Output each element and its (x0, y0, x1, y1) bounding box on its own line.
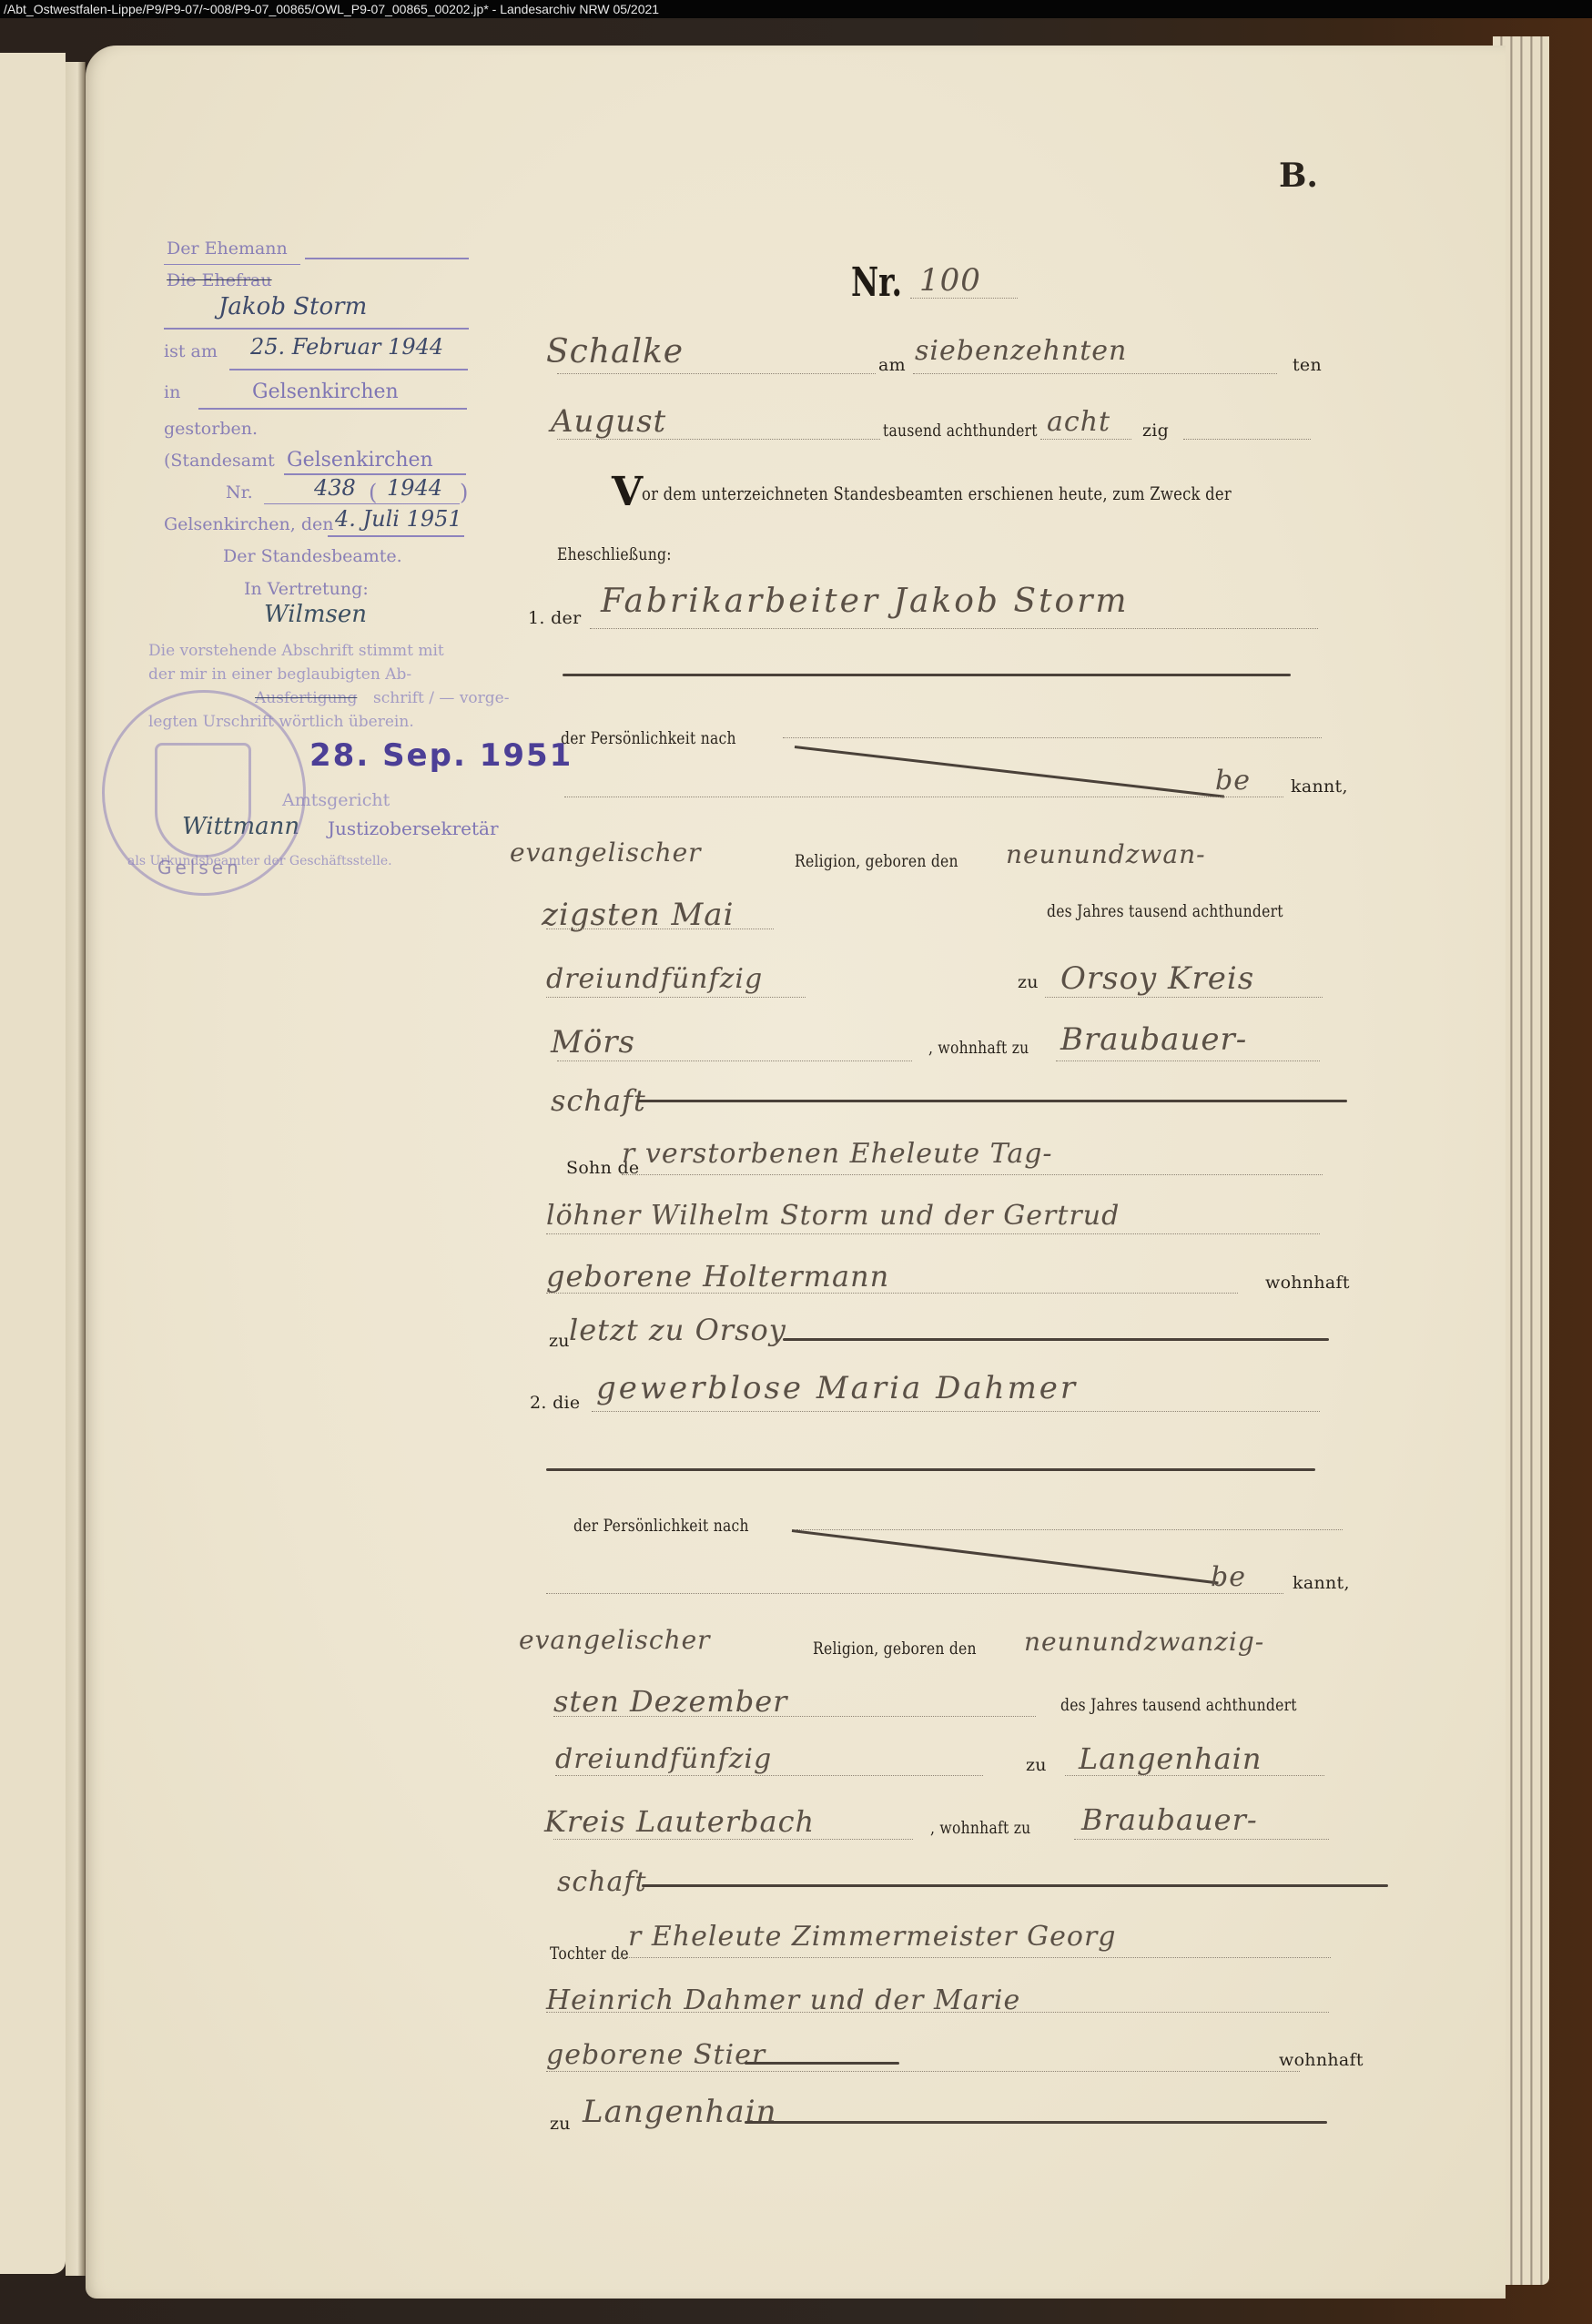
intro-text: or dem unterzeichneten Standesbeamten er… (642, 482, 1232, 504)
line (913, 373, 1277, 374)
line (1065, 1775, 1324, 1776)
bride-birth-day: neunundzwanzig- (1024, 1627, 1264, 1657)
fill-stroke (563, 674, 1291, 676)
line (1056, 1061, 1320, 1061)
book-gutter (66, 62, 86, 2276)
coat-of-arms-icon (155, 743, 251, 858)
line (557, 439, 880, 440)
line (1183, 439, 1311, 440)
paren-open-icon: ( (369, 480, 377, 505)
line (1045, 997, 1323, 998)
cert-line-2: der mir in einer beglaubigten Ab- (148, 665, 411, 684)
bride-birth-year-label: des Jahres tausend achthundert (1060, 1695, 1297, 1715)
line (1040, 439, 1131, 440)
line (553, 1839, 913, 1840)
annotation-deputy-signature: Wilmsen (264, 601, 367, 628)
groom-birth-year-label: des Jahres tausend achthundert (1047, 901, 1283, 921)
bride-residence-2: schaft (557, 1866, 647, 1898)
groom-residence: Braubauer- (1060, 1021, 1247, 1058)
line (546, 1233, 1320, 1234)
fill-stroke (642, 1884, 1388, 1887)
seal-text: Gelsen (157, 857, 242, 878)
line (546, 1593, 1283, 1594)
bride-parents-zu-label: zu (550, 2114, 571, 2134)
record-number-label: Nr. (851, 259, 902, 306)
fill-stroke (745, 2062, 899, 2065)
bride-religion-label: Religion, geboren den (813, 1639, 977, 1659)
annotation-nr: 438 (314, 475, 356, 501)
annotation-place: Gelsenkirchen (252, 381, 399, 403)
cert-line-3-struck: Ausfertigung (255, 689, 357, 707)
bride-religion: evangelischer (519, 1625, 711, 1655)
groom-birth-place: Orsoy Kreis (1060, 960, 1254, 997)
fill-stroke (745, 2121, 1327, 2124)
zig-label: zig (1142, 421, 1169, 441)
line (612, 1957, 1331, 1958)
groom-known-label: kannt, (1291, 776, 1348, 797)
ten-label: ten (1293, 355, 1322, 375)
am-label: am (878, 355, 906, 375)
groom-known-prefix: be (1215, 765, 1251, 797)
annotation-date-label: ist am (164, 341, 218, 361)
intro-text-2: Eheschließung: (557, 544, 672, 564)
stamp-line (198, 408, 467, 410)
line (590, 628, 1318, 629)
bride-parents-residence: Langenhain (583, 2094, 776, 2130)
groom-index: 1. der (528, 608, 581, 628)
bride-zu-label: zu (1026, 1755, 1047, 1775)
groom-parents-residence: letzt zu Orsoy (569, 1313, 786, 1347)
stamp-line (164, 328, 469, 330)
groom-parents-3: geborene Holtermann (546, 1259, 889, 1294)
groom-parents-2: löhner Wilhelm Storm und der Gertrud (546, 1200, 1120, 1232)
stamp-line (305, 258, 469, 259)
line (555, 1775, 983, 1776)
bride-parents-residence-label: wohnhaft (1279, 2050, 1364, 2070)
month-value: August (551, 403, 666, 440)
groom-birth-place-2: Mörs (551, 1024, 635, 1061)
fill-stroke (546, 1468, 1315, 1471)
annotation-date: 25. Februar 1944 (250, 334, 443, 360)
groom-parents-zu-label: zu (549, 1331, 570, 1351)
bride-known-label: kannt, (1293, 1573, 1350, 1593)
certification-date-stamp: 28. Sep. 1951 (309, 737, 573, 774)
line (546, 997, 806, 998)
bride-birth-place-2: Kreis Lauterbach (544, 1804, 815, 1839)
line (553, 1716, 1036, 1717)
bride-parents-3: geborene Stier (546, 2039, 766, 2071)
line (557, 1061, 912, 1061)
number-underline (910, 298, 1018, 299)
groom-religion-label: Religion, geboren den (795, 851, 958, 871)
stamp-line (328, 535, 464, 537)
fill-stroke (783, 1338, 1329, 1341)
groom-residence-label: , wohnhaft zu (928, 1038, 1029, 1058)
bride-known-prefix: be (1211, 1561, 1246, 1593)
line (546, 1293, 1238, 1294)
stamp-line (164, 264, 300, 265)
line (592, 1411, 1320, 1412)
section-letter: B. (1279, 157, 1318, 195)
line (783, 737, 1322, 738)
groom-birth-day: neunundzwan- (1006, 839, 1206, 869)
bride-identity-label: der Persönlichkeit nach (573, 1516, 749, 1536)
paren-close-icon: ) (460, 480, 468, 505)
day-value: siebenzehnten (915, 335, 1127, 367)
line (1074, 1839, 1329, 1840)
annotation-issued-date: 4. Juli 1951 (335, 506, 462, 532)
window-title: /Abt_Ostwestfalen-Lippe/P9/P9-07/~008/P9… (4, 2, 659, 16)
groom-identity-label: der Persönlichkeit nach (561, 728, 736, 748)
line (546, 2071, 1300, 2072)
bride-residence: Braubauer- (1081, 1802, 1258, 1837)
annotation-nr-year: 1944 (387, 475, 442, 501)
groom-parents: r verstorbenen Eheleute Tag- (622, 1138, 1053, 1170)
annotation-issued-label: Gelsenkirchen, den (164, 514, 333, 534)
record-number-value: 100 (919, 262, 981, 299)
groom-parents-residence-label: wohnhaft (1265, 1273, 1350, 1293)
groom-occupation-name: Fabrikarbeiter Jakob Storm (601, 583, 1130, 620)
decade-value: acht (1047, 406, 1110, 438)
cert-line-3: schrift / — vorge- (373, 689, 509, 707)
groom-birth-day-2: zigsten Mai (542, 897, 734, 933)
stamp-line (229, 369, 468, 370)
line (796, 1529, 1343, 1530)
annotation-wife-struck: Die Ehefrau (167, 270, 272, 290)
annotation-husband-label: Der Ehemann (167, 238, 288, 259)
groom-birth-year: dreiundfünfzig (546, 963, 763, 995)
line (564, 797, 1283, 797)
bride-residence-label: , wohnhaft zu (930, 1818, 1030, 1838)
bride-parents-label: Tochter de (550, 1943, 629, 1964)
bride-birth-day-2: sten Dezember (553, 1684, 787, 1719)
line (546, 2012, 1329, 2013)
line (622, 1174, 1323, 1175)
annotation-name: Jakob Storm (218, 293, 367, 320)
annotation-nr-label: Nr. (226, 482, 253, 502)
bride-occupation-name: gewerblose Maria Dahmer (596, 1370, 1078, 1406)
cert-title-label: Justizobersekretär (328, 817, 499, 839)
bride-parents: r Eheleute Zimmermeister Georg (628, 1921, 1117, 1953)
line (557, 373, 876, 374)
annotation-official-label: Der Standesbeamte. (223, 546, 402, 566)
annotation-died-label: gestorben. (164, 419, 258, 439)
cert-line-1: Die vorstehende Abschrift stimmt mit (148, 642, 444, 660)
annotation-office: Gelsenkirchen (287, 449, 433, 472)
groom-religion: evangelischer (510, 837, 702, 868)
court-seal: Gelsen (102, 690, 306, 896)
drop-cap: V (612, 469, 643, 515)
registry-place: Schalke (546, 333, 684, 370)
previous-page-edge (0, 53, 66, 2274)
year-label: tausend achthundert (883, 421, 1038, 441)
stamp-line (264, 503, 460, 504)
annotation-deputy-label: In Vertretung: (244, 579, 369, 599)
line (546, 929, 774, 929)
bride-birth-year: dreiundfünfzig (555, 1743, 772, 1775)
groom-residence-2: schaft (551, 1083, 646, 1118)
fill-stroke (637, 1100, 1347, 1102)
bride-birth-place: Langenhain (1079, 1741, 1262, 1776)
bride-index: 2. die (530, 1393, 580, 1413)
groom-zu-label: zu (1018, 972, 1039, 992)
window-title-bar: /Abt_Ostwestfalen-Lippe/P9/P9-07/~008/P9… (0, 0, 1592, 18)
annotation-office-label: (Standesamt (164, 451, 275, 471)
annotation-place-label: in (164, 382, 180, 402)
